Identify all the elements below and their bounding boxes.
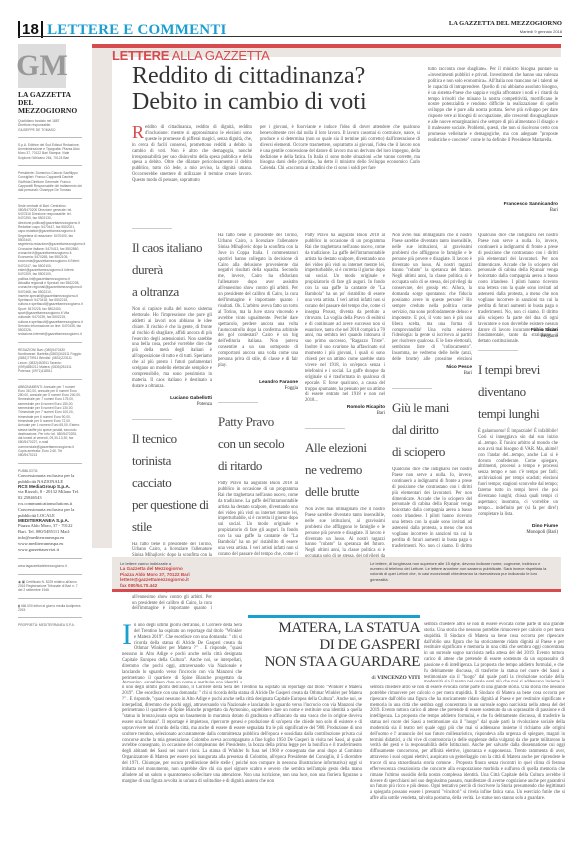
ownership: PROPRIETÀ: MEDITERRANEA S.P.A. [18, 623, 82, 627]
letter-column-e-continued: Qualcuno dice che indignarsi nel nostro … [478, 233, 558, 343]
letter-signature: Dino FiumeMonopoli (Bari) [478, 524, 558, 537]
board-block: Presidente: Domenico Ciancio Sanfilippo … [18, 171, 82, 198]
letter-tempi: I tempi brevidiventanotempi lunghi È gal… [478, 340, 558, 536]
letter-column-a: Il caos italianodureràa oltranza Non si … [132, 218, 212, 612]
offices-block: Sede centrale di Bari: Centralino: 080/5… [18, 204, 82, 343]
director-name: GIUSEPPE DE TOMASO [18, 128, 82, 132]
notice-rules: Le lettere, di lunghezza non superiore a… [370, 561, 550, 582]
letter-title: Il caos italianodureràa oltranza [132, 237, 212, 303]
letter-patty-pravo: Patty Pravocon un secolodi ritardo Patty… [218, 392, 298, 571]
main-letter-col3: tutto racconta cose sbagliate». Per il m… [428, 67, 558, 144]
letter-column-c-continued: Patty Pravo ha augurato Buon 2018 al pub… [305, 233, 385, 403]
article-byline: di VINCENZO VITI [248, 675, 420, 681]
article-col2-top: sembra chiedere altro se non di essere e… [424, 622, 564, 682]
letter-body: Non si capisce nulla del nuovo sistema e… [132, 307, 212, 390]
article-col2: sembra chiedere altro se non di essere e… [370, 685, 565, 825]
letter-body: Qualcuno dice che indignarsi nel nostro … [392, 467, 472, 547]
letters-submission-notice: Le lettere vanno indirizzate a La Gazzet… [112, 557, 561, 592]
header-divider [18, 36, 562, 37]
letter-column-b-continued: Ha fatto bene il presidente del Torino, … [218, 233, 298, 383]
letter-title: Il tecnico torinistacacciatoper question… [132, 428, 212, 538]
letter-title: Giù le manidal dirittodi sciopero [392, 397, 472, 463]
letter-signature: Nico PesceBari [392, 365, 472, 378]
letter-sciopero: Giù le manidal dirittodi sciopero Qualcu… [392, 378, 472, 547]
panel-left-band [92, 48, 112, 548]
section-kicker: LETTERE ALLA GAZZETTA [112, 48, 269, 63]
main-letter-signature: Francesco SannicandroBari [428, 202, 558, 215]
letter-signature: Romolo RicapitoBari [305, 405, 385, 418]
article-dropcap: I [122, 623, 132, 647]
certification: ◉ ▣ Certificato N. 8229 relativo all'ann… [18, 580, 82, 599]
letter-title: I tempi brevidiventanotempi lunghi [478, 359, 558, 425]
letter-signature: Fabio SicariBergamo [478, 328, 558, 341]
readership: ▮ 466.000 lettori al giorno media Audipr… [18, 604, 82, 619]
mediterranea-info: Piazza Aldo Moro, 37 - 70122 Bari. Tel. … [18, 523, 82, 559]
masthead-sidebar: GM LA GAZZETTA DEL MEZZOGIORNO Quotidian… [18, 44, 82, 628]
logo-name: LA GAZZETTA DEL MEZZOGIORNO [18, 91, 82, 115]
letter-signature: Luciano GabellottiPotenza [132, 396, 212, 409]
dropcap: R [132, 125, 144, 139]
redazioni-block: REDAZIONI Bari: (080)5470430 Nordbarese:… [18, 348, 82, 380]
letter-body: È galantuomo! È imparziale! È infallibil… [478, 429, 558, 518]
letter-signature: Leandro FaraoneFoggia [218, 380, 298, 393]
main-letter-col1: Reddito di cittadinanza, reddito di dign… [132, 125, 252, 184]
paper-name: LA GAZZETTA DEL MEZZOGIORNO [449, 20, 562, 27]
article-col1: n uno degli ultimi giorni dell'anno, il … [122, 685, 362, 825]
gm-logo-icon: GM [18, 44, 66, 88]
website-link[interactable]: www.lagazzettadelmezzogiorno.it [18, 564, 82, 574]
main-headline: Reddito di cittadinanza? Debito in cambi… [132, 63, 367, 115]
director-block: Quotidiano fondato nel 1887 Direttore re… [18, 119, 82, 138]
issue-date: Martedì 9 gennaio 2018 [520, 29, 562, 34]
abbonamenti-block: ABBONAMENTI: Annuale per 7 numeri Euro 3… [18, 385, 82, 464]
article-headline: MATERA, LA STATUA DI DE GASPERI NON STA … [248, 620, 420, 671]
article-intro: In uno degli ultimi giorni dell'anno, il… [122, 623, 242, 683]
article-title-bar [248, 615, 420, 618]
publisher-block: S.p.A. Editrice del Sud Edisud Redazione… [18, 143, 82, 166]
main-letter-col2: per i giovani, è fuorviante e induce l'i… [260, 125, 420, 172]
letter-column-d-continued: Non avrei mai immaginato che il nostro P… [392, 233, 472, 363]
letter-elezioni: Alle elezionine vedremodelle brutte Non … [305, 418, 385, 577]
letter-title: Alle elezionine vedremodelle brutte [305, 437, 385, 503]
rcs-info: via Rizzoli, 8 - 20132 Milano Tel. 02 25… [18, 489, 82, 519]
letter-title: Patty Pravocon un secolodi ritardo [218, 411, 298, 477]
